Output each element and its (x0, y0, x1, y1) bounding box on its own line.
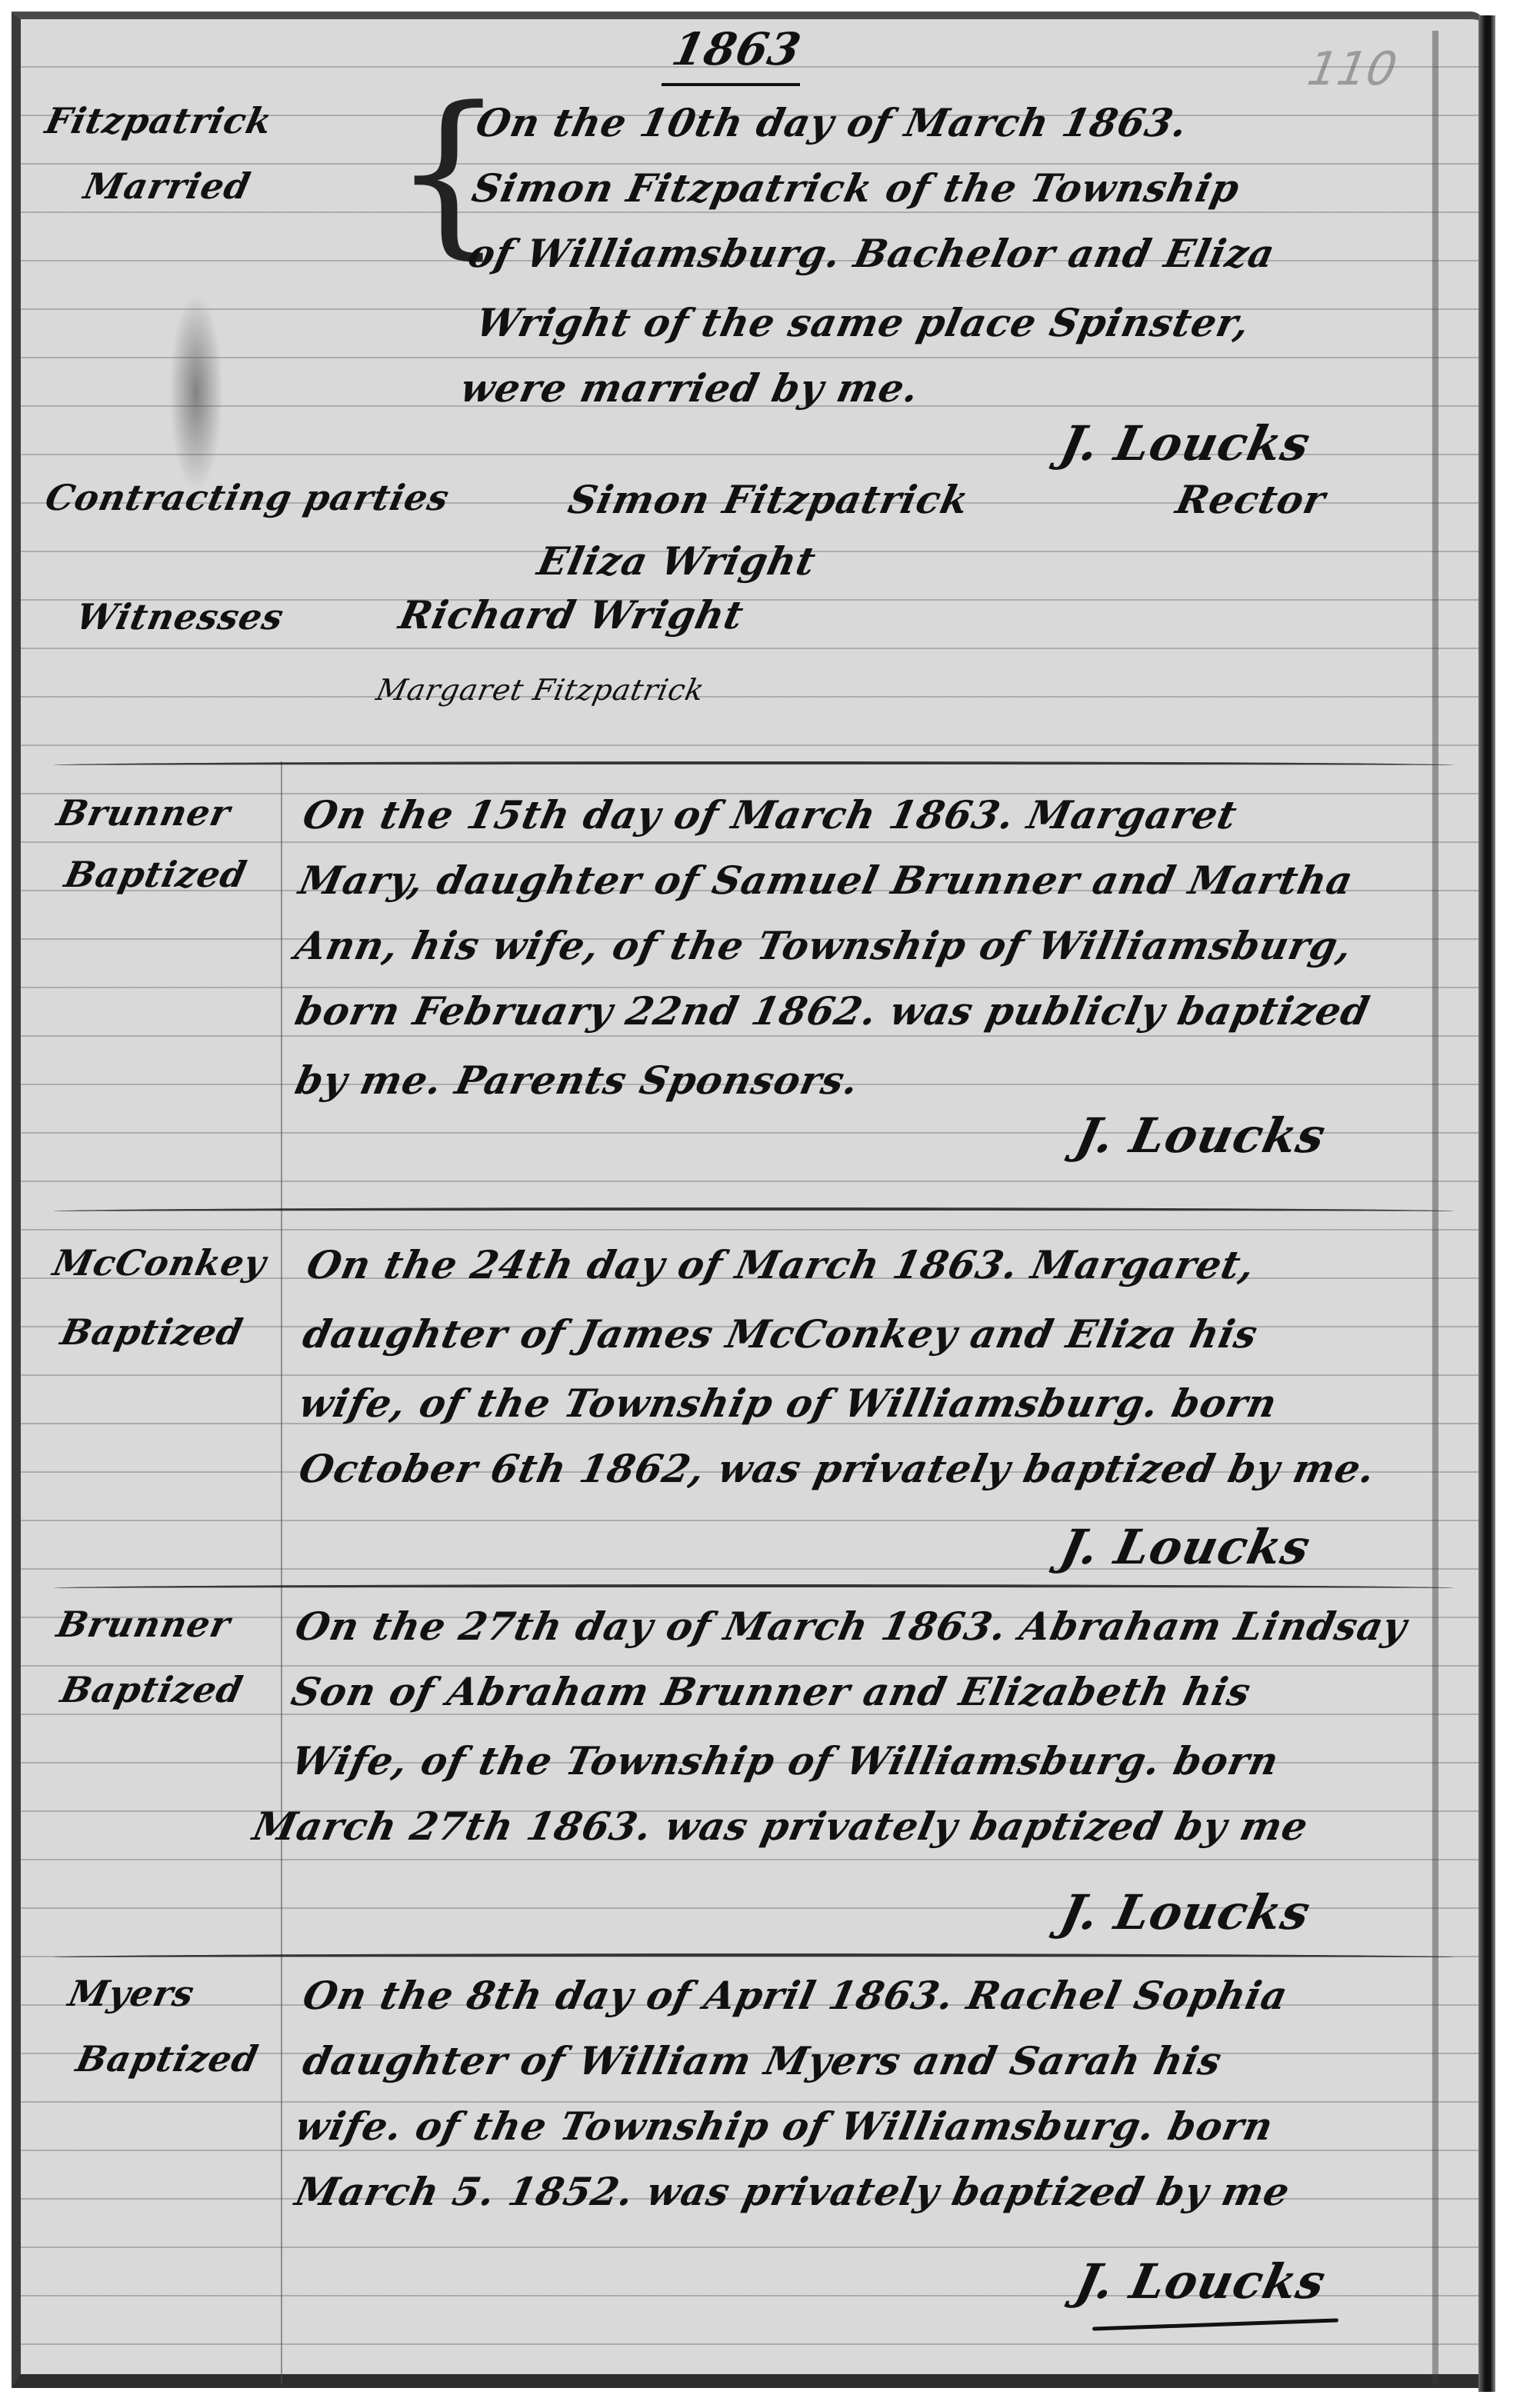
margin-surname: McConkey (49, 1242, 270, 1284)
margin-surname: Myers (65, 1973, 198, 2014)
entry-divider (54, 1953, 1454, 1961)
entry-line: On the 24th day of March 1863. Margaret, (303, 1242, 1259, 1287)
margin-event: Baptized (57, 1311, 247, 1353)
witnesses-label: Witnesses (72, 596, 288, 638)
year-heading: 1863 (668, 23, 806, 75)
ink-smudge (169, 292, 223, 492)
margin-event: Baptized (72, 2038, 262, 2080)
witness-name: Margaret Fitzpatrick (373, 673, 708, 707)
entry-line: Wright of the same place Spinster, (472, 300, 1255, 345)
contracting-party-bride: Eliza Wright (534, 538, 820, 584)
year-underline (662, 83, 800, 86)
contracting-parties-label: Contracting parties (42, 477, 453, 518)
margin-event: Baptized (57, 1669, 247, 1710)
officiant-signature: J. Loucks (1055, 1884, 1315, 1940)
officiant-signature: J. Loucks (1071, 2253, 1331, 2310)
entry-line: Son of Abraham Brunner and Elizabeth his (288, 1669, 1255, 1714)
entry-line: were married by me. (457, 365, 924, 411)
margin-surname: Fitzpatrick (42, 100, 276, 142)
officiant-signature: J. Loucks (1055, 1519, 1315, 1575)
entry-line: On the 15th day of March 1863. Margaret (299, 792, 1242, 838)
entry-divider (54, 1584, 1454, 1592)
entry-line: On the 10th day of March 1863. (472, 100, 1192, 145)
witness-name: Richard Wright (395, 592, 748, 638)
entry-line: October 6th 1862, was privately baptized… (295, 1446, 1380, 1491)
page-edge-rule (1432, 31, 1438, 2384)
entry-divider (54, 1207, 1454, 1215)
signature-title: Rector (1172, 477, 1330, 522)
margin-surname: Brunner (53, 792, 234, 834)
entry-line: daughter of William Myers and Sarah his (299, 2038, 1226, 2083)
entry-line: born February 22nd 1862. was publicly ba… (292, 988, 1374, 1034)
officiant-signature: J. Loucks (1055, 415, 1315, 471)
contracting-party-groom: Simon Fitzpatrick (565, 477, 974, 522)
entry-line: wife, of the Township of Williamsburg. b… (295, 1381, 1282, 1426)
entry-line: wife. of the Township of Williamsburg. b… (292, 2103, 1278, 2149)
book-binding-edge (1478, 15, 1495, 2392)
entry-line: Simon Fitzpatrick of the Township (468, 165, 1245, 211)
entry-line: Ann, his wife, of the Township of Willia… (292, 923, 1357, 968)
entry-line: by me. Parents Sponsors. (292, 1057, 863, 1103)
officiant-signature: J. Loucks (1071, 1107, 1331, 1164)
entry-line: of Williamsburg. Bachelor and Eliza (465, 231, 1279, 276)
margin-surname: Brunner (53, 1604, 234, 1645)
margin-event: Baptized (61, 854, 251, 895)
entry-line: Wife, of the Township of Williamsburg. b… (288, 1738, 1283, 1784)
entry-line: Mary, daughter of Samuel Brunner and Mar… (295, 858, 1358, 903)
entry-divider (54, 761, 1454, 769)
entry-line: daughter of James McConkey and Eliza his (299, 1311, 1262, 1357)
entry-line: On the 27th day of March 1863. Abraham L… (292, 1604, 1412, 1649)
entry-line: On the 8th day of April 1863. Rachel Sop… (299, 1973, 1292, 2018)
entry-line: March 27th 1863. was privately baptized … (249, 1804, 1312, 1849)
margin-column-rule (281, 761, 282, 2384)
margin-event: Married (80, 165, 255, 207)
entry-line: March 5. 1852. was privately baptized by… (292, 2169, 1295, 2214)
